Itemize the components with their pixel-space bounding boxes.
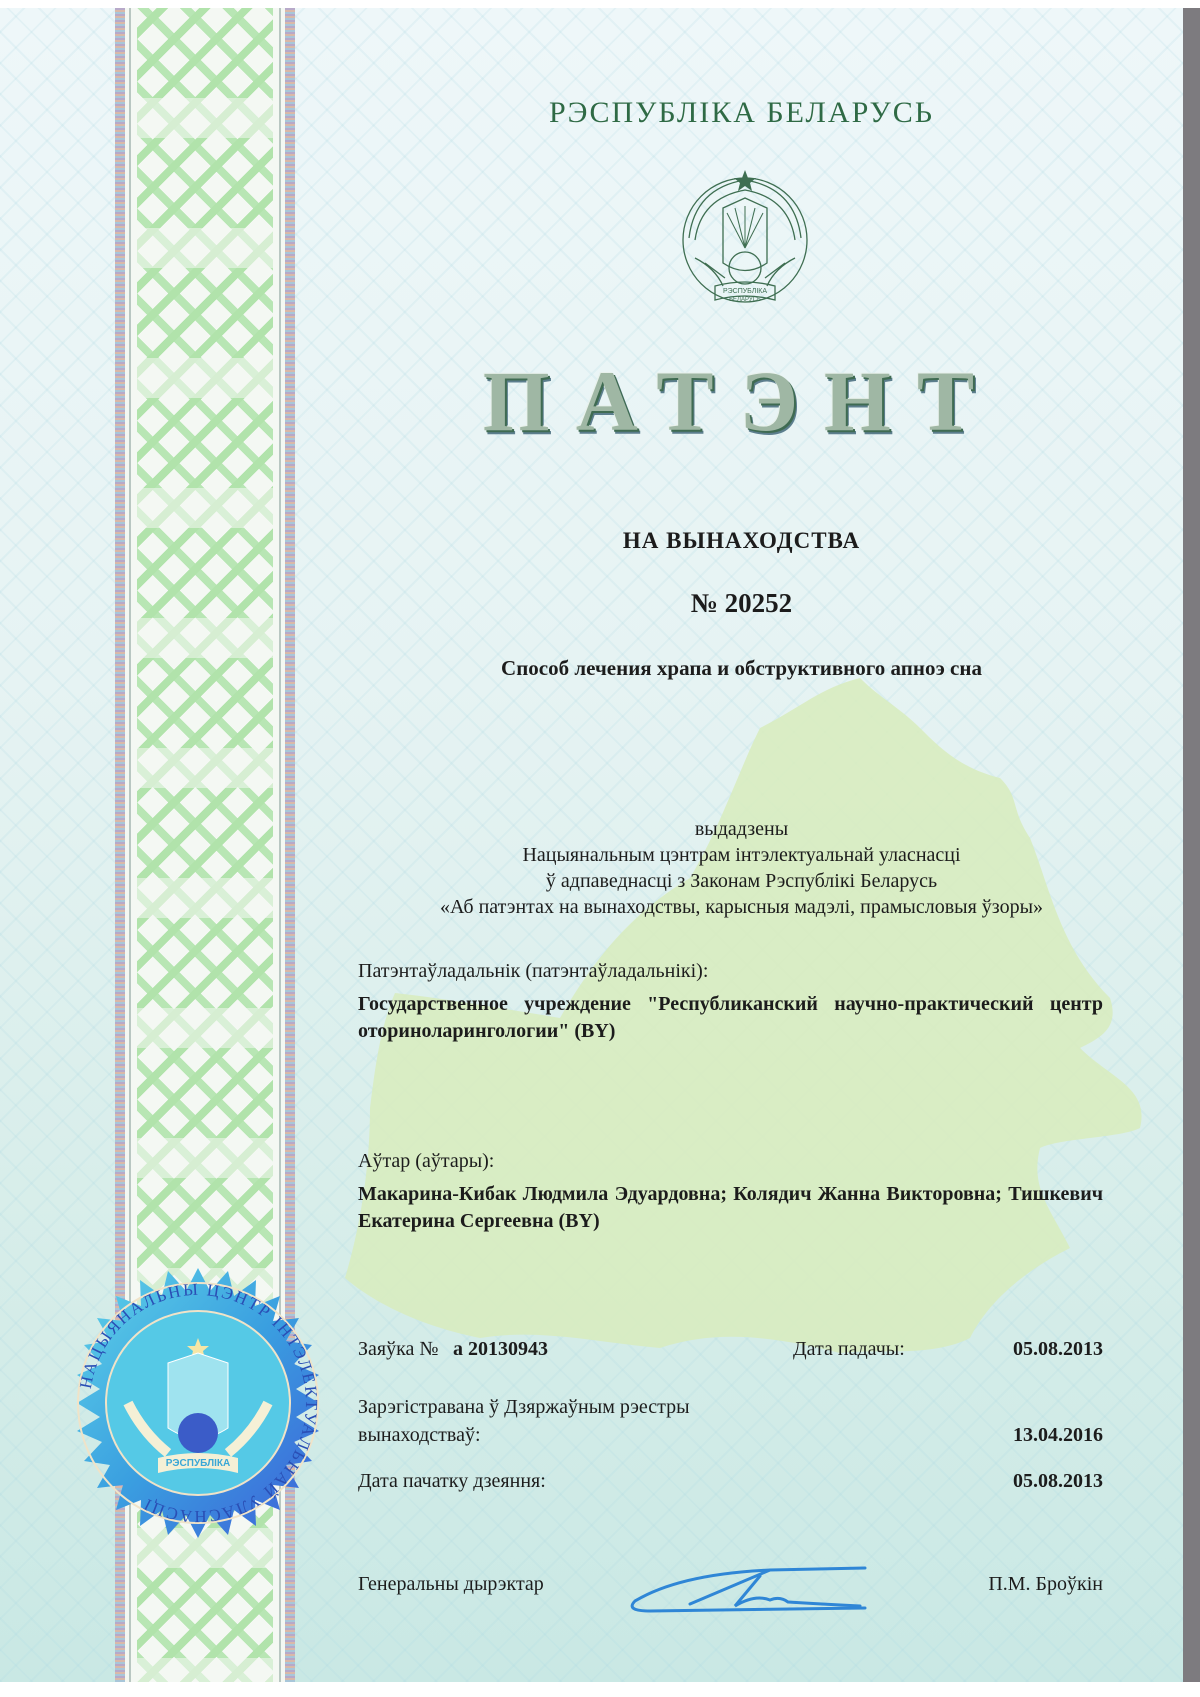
registration-row: Зарэгістравана ў Дзяржаўным рэестры вына… bbox=[358, 1393, 1103, 1449]
certificate-paper: РЭСПУБЛІКА БЕЛАРУСЬ РЭСПУБЛІКА БЕЛАРУСЬ … bbox=[0, 8, 1183, 1682]
patent-number: № 20252 bbox=[300, 588, 1183, 619]
issued-line: Нацыянальным цэнтрам інтэлектуальнай ула… bbox=[300, 842, 1183, 868]
registration-label-line2: вынаходстваў: bbox=[358, 1421, 1103, 1449]
filing-date: 05.08.2013 bbox=[1013, 1338, 1103, 1361]
registration-date: 13.04.2016 bbox=[1013, 1421, 1103, 1449]
svg-text:БЕЛАРУСЬ: БЕЛАРУСЬ bbox=[729, 297, 761, 303]
issued-line: выдадзены bbox=[300, 816, 1183, 842]
hologram-seal-icon: НАЦЫЯНАЛЬНЫ ЦЭНТР ІНТЭЛЕКТУАЛЬНАЙ УЛАСНА… bbox=[58, 1263, 338, 1543]
validity-start-date: 05.08.2013 bbox=[1013, 1470, 1103, 1493]
patent-holder-section: Патэнтаўладальнік (патэнтаўладальнікі): … bbox=[358, 960, 1103, 1045]
validity-start-row: Дата пачатку дзеяння: 05.08.2013 bbox=[358, 1470, 1103, 1493]
issued-line: ў адпаведнасці з Законам Рэспублікі Бела… bbox=[300, 868, 1183, 894]
patent-holder-label: Патэнтаўладальнік (патэнтаўладальнікі): bbox=[358, 960, 1103, 983]
validity-start-label: Дата пачатку дзеяння: bbox=[358, 1470, 546, 1492]
signer-position: Генеральны дырэктар bbox=[358, 1573, 544, 1595]
registration-label-line1: Зарэгістравана ў Дзяржаўным рэестры bbox=[358, 1393, 1103, 1421]
application-row: Заяўка № а 20130943 Дата падачы: 05.08.2… bbox=[358, 1338, 1103, 1361]
signature-icon bbox=[620, 1556, 880, 1616]
filing-date-label: Дата падачы: bbox=[793, 1338, 905, 1361]
invention-title: Способ лечения храпа и обструктивного ап… bbox=[300, 656, 1183, 681]
issued-line: «Аб патэнтах на вынаходствы, карысныя ма… bbox=[300, 894, 1183, 920]
authors-label: Аўтар (аўтары): bbox=[358, 1150, 1103, 1173]
scan-edge bbox=[1183, 8, 1200, 1682]
country-title: РЭСПУБЛІКА БЕЛАРУСЬ bbox=[300, 96, 1183, 130]
signer-name: П.М. Броўкін bbox=[988, 1573, 1103, 1596]
svg-text:РЭСПУБЛІКА: РЭСПУБЛІКА bbox=[723, 288, 767, 295]
issued-by-statement: выдадзены Нацыянальным цэнтрам інтэлекту… bbox=[300, 816, 1183, 920]
svg-text:РЭСПУБЛІКА: РЭСПУБЛІКА bbox=[166, 1458, 230, 1469]
patent-type: НА ВЫНАХОДСТВА bbox=[300, 528, 1183, 554]
authors-value: Макарина-Кибак Людмила Эдуардовна; Коляд… bbox=[358, 1181, 1103, 1235]
authors-section: Аўтар (аўтары): Макарина-Кибак Людмила Э… bbox=[358, 1150, 1103, 1235]
patent-holder-value: Государственное учреждение "Республиканс… bbox=[358, 991, 1103, 1045]
application-label: Заяўка № bbox=[358, 1338, 438, 1360]
application-number: а 20130943 bbox=[453, 1338, 548, 1361]
coat-of-arms-icon: РЭСПУБЛІКА БЕЛАРУСЬ bbox=[675, 168, 815, 313]
patent-title: ПАТЭНТ bbox=[300, 351, 1183, 451]
